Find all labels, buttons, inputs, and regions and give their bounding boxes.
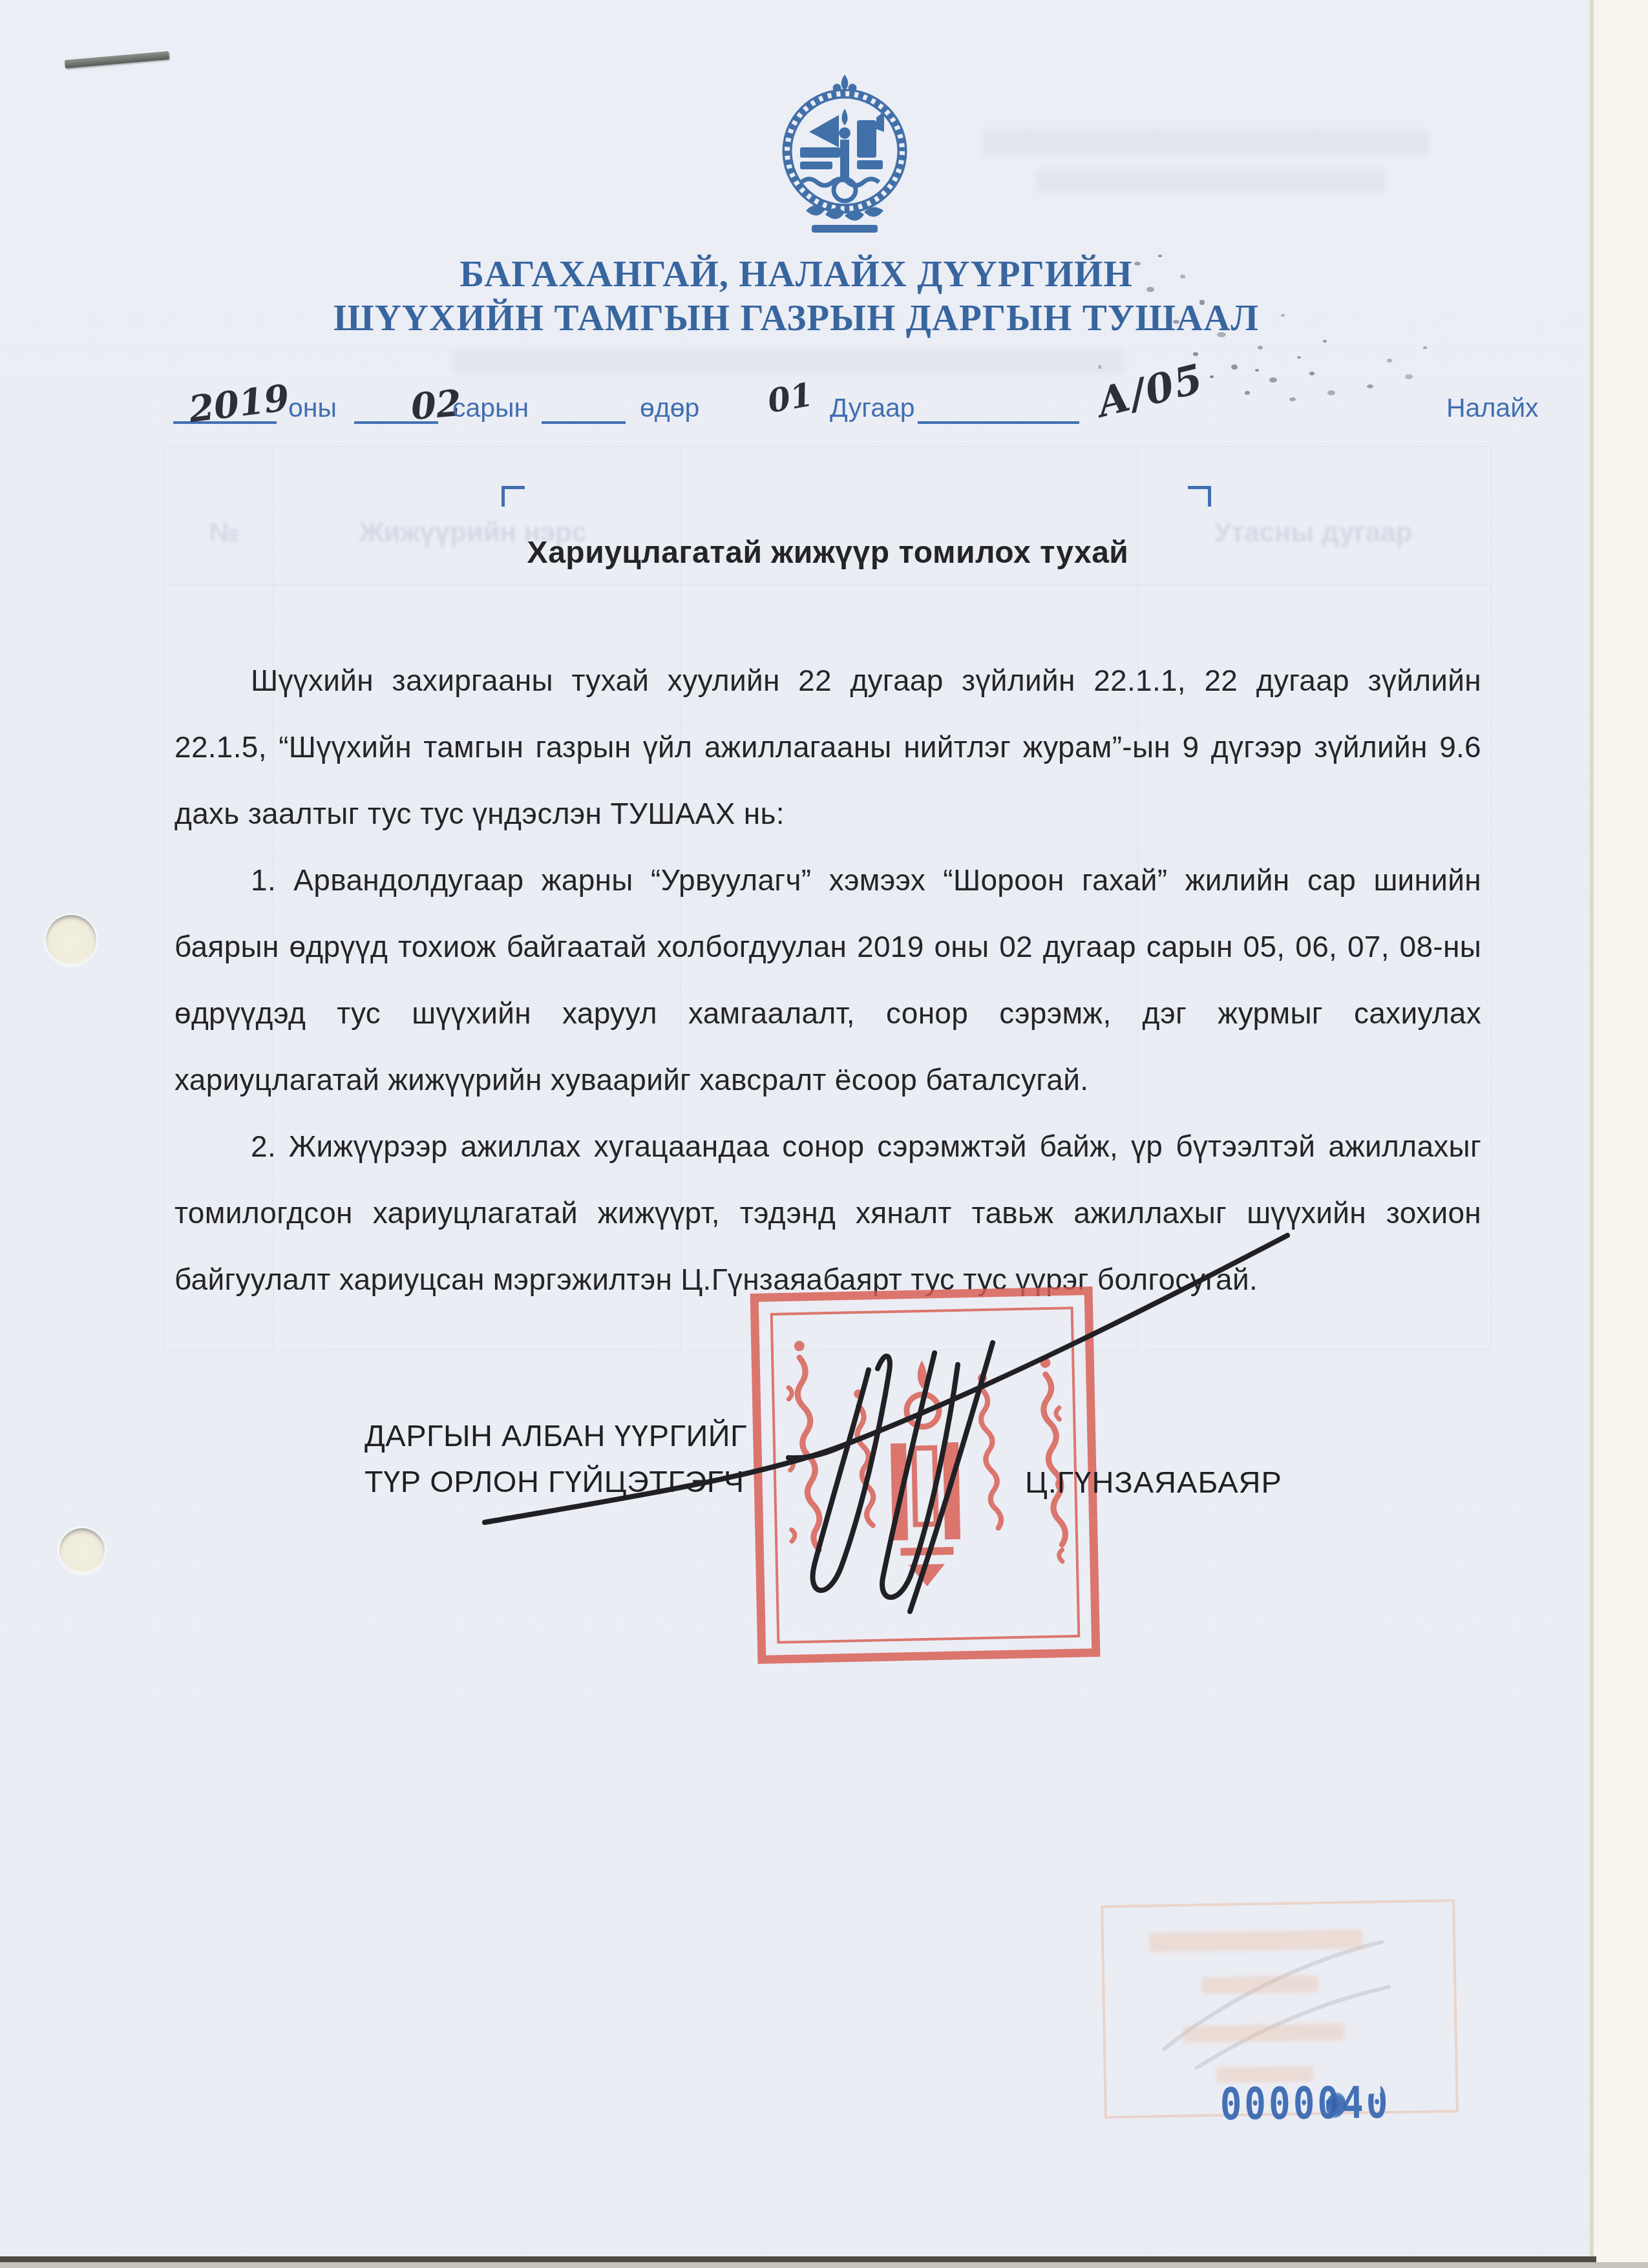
punch-hole (59, 1528, 105, 1573)
day-label: өдөр (640, 393, 699, 423)
page-bottom-edge (0, 2256, 1596, 2262)
signer-position-line1: ДАРГЫН АЛБАН ҮҮРГИЙГ (364, 1412, 747, 1458)
handwritten-day: 01 (765, 375, 816, 420)
paper-sheet: № Жижүүрийн нэрс Утасны дугаар (0, 0, 1592, 2260)
crop-mark-right (1188, 486, 1211, 507)
page-edge-shadow (1590, 0, 1594, 2260)
serial-broken-patch (1367, 2083, 1380, 2094)
paragraph-item-1: 1. Арвандолдугаар жарны “Урвуулагч” хэмэ… (174, 847, 1481, 1113)
mongolia-state-emblem-icon (776, 72, 914, 238)
bleed-text-bar (1037, 169, 1386, 193)
signer-position: ДАРГЫН АЛБАН ҮҮРГИЙГ ТҮР ОРЛОН ГҮЙЦЭТГЭГ… (364, 1412, 747, 1504)
year-label: оны (288, 393, 337, 423)
number-label: Дугаар (830, 393, 915, 423)
bleed-text-bar (452, 349, 1125, 373)
bleed-text-bar (982, 129, 1428, 155)
city-label: Налайх (1446, 393, 1539, 423)
document-title: Хариуцлагатай жижүүр томилох тухай (174, 535, 1481, 571)
scanner-background (0, 2262, 1648, 2268)
crop-mark-left (502, 486, 525, 507)
signer-position-line2: ТҮР ОРЛОН ГҮЙЦЭТГЭГЧ (364, 1458, 747, 1504)
punch-hole (46, 915, 96, 965)
staple (65, 51, 170, 68)
serial-number: 0000040 (1220, 2077, 1390, 2130)
dateline: 2019 оны 02 сарын 01 өдөр Дугаар А/05 На… (0, 381, 1592, 439)
paragraph-preamble: Шүүхийн захиргааны тухай хуулийн 22 дуга… (174, 647, 1481, 847)
signer-name: Ц.ГҮНЗАЯАБАЯР (1025, 1464, 1282, 1500)
scanned-document: № Жижүүрийн нэрс Утасны дугаар (0, 0, 1648, 2268)
month-label: сарын (452, 393, 529, 423)
